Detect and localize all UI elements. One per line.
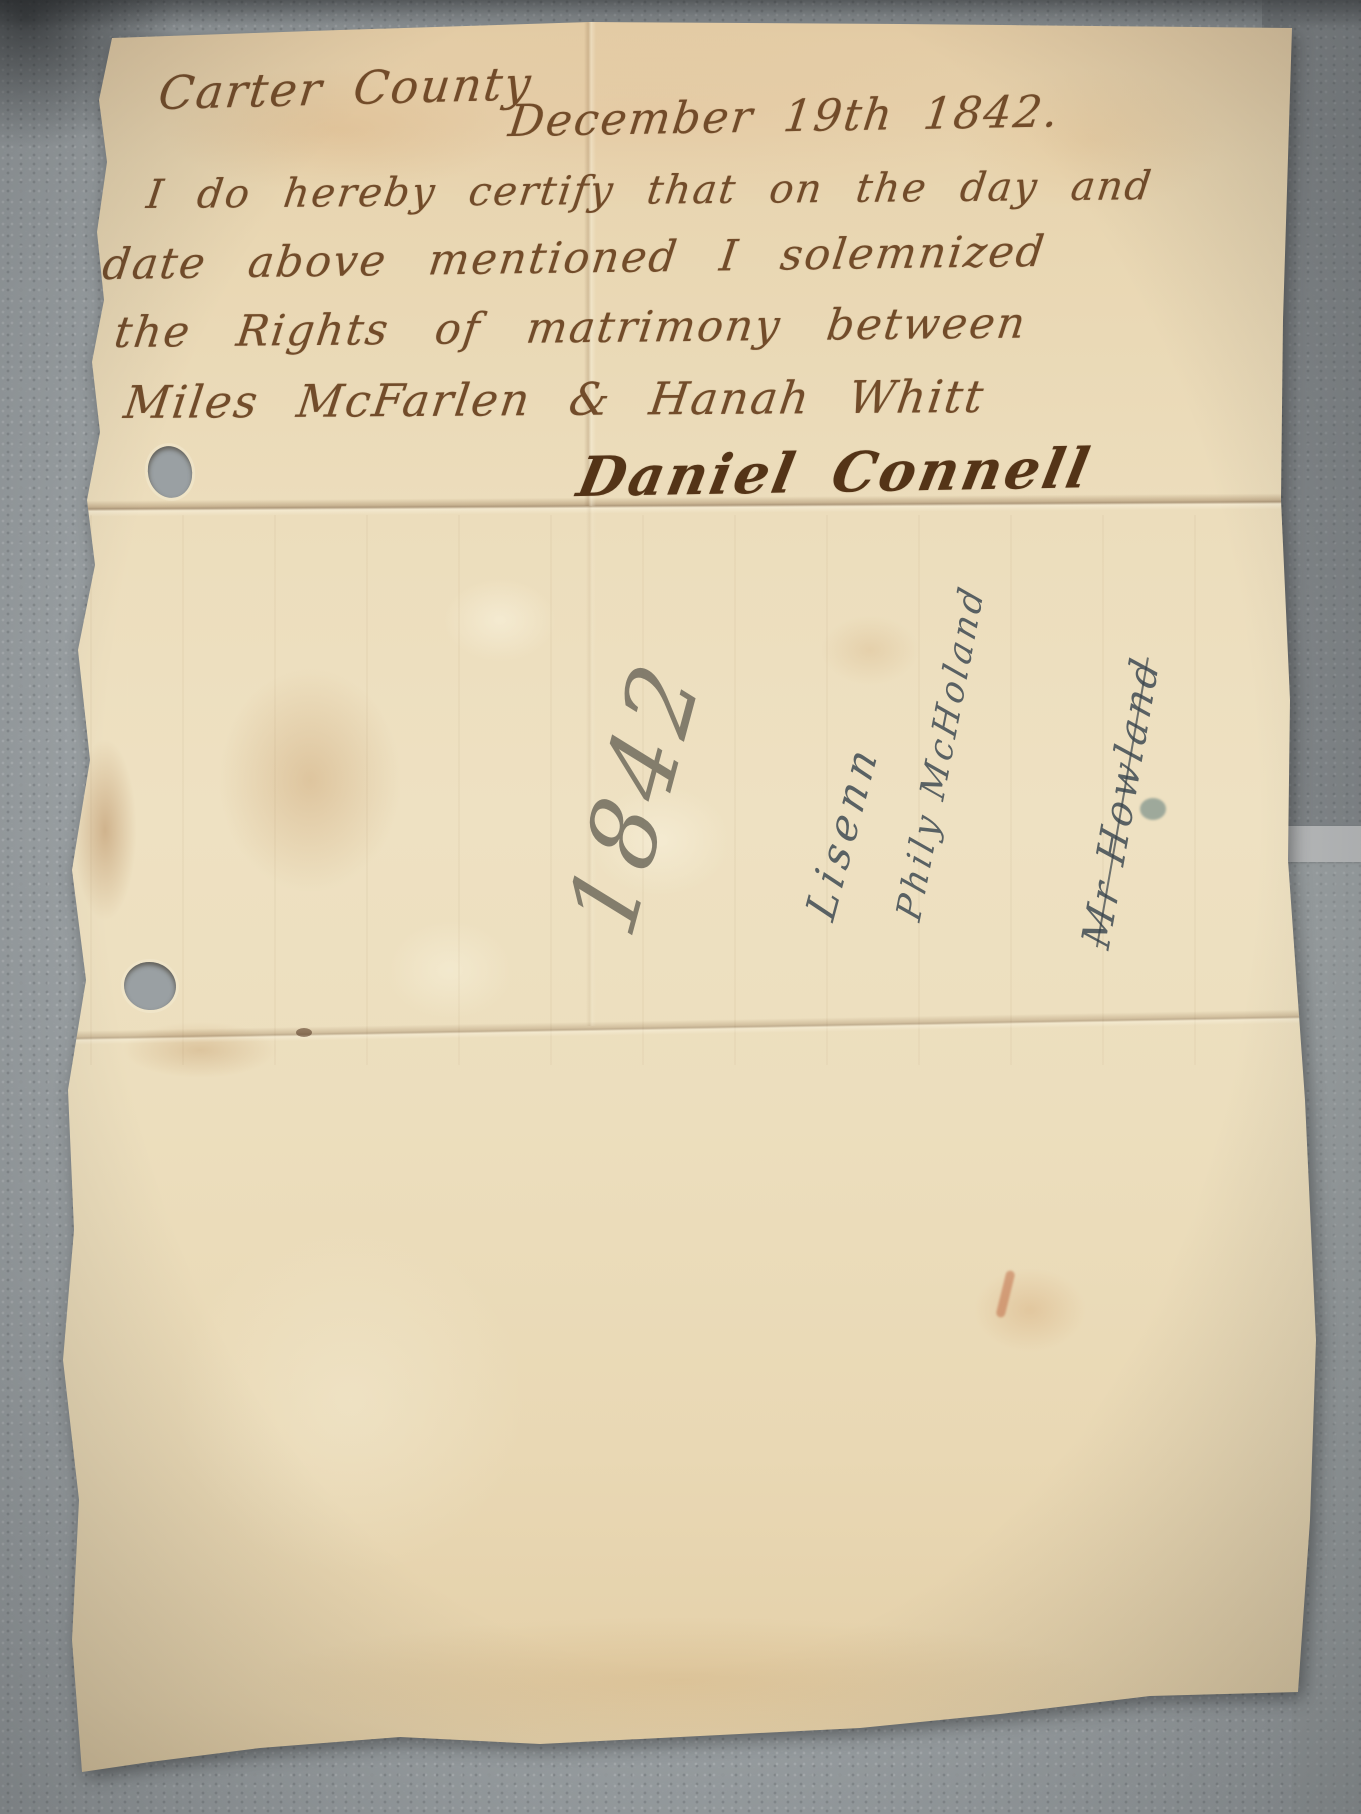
handwritten-body-line-4: Miles McFarlen & Hanah Whitt bbox=[121, 370, 988, 429]
document-paper: Carter County December 19th 1842. I do h… bbox=[0, 0, 1361, 1814]
photo-of-document: Carter County December 19th 1842. I do h… bbox=[0, 0, 1361, 1814]
officiant-signature: Daniel Connell bbox=[572, 435, 1097, 509]
handwritten-body-line-1: I do hereby certify that on the day and bbox=[144, 163, 1156, 218]
handwritten-date-line: December 19th 1842. bbox=[506, 86, 1063, 147]
paper-shadow-wrapper: Carter County December 19th 1842. I do h… bbox=[0, 0, 1361, 1814]
handwritten-place-line: Carter County bbox=[156, 56, 536, 120]
handwritten-body-line-3: the Rights of matrimony between bbox=[111, 298, 1029, 358]
